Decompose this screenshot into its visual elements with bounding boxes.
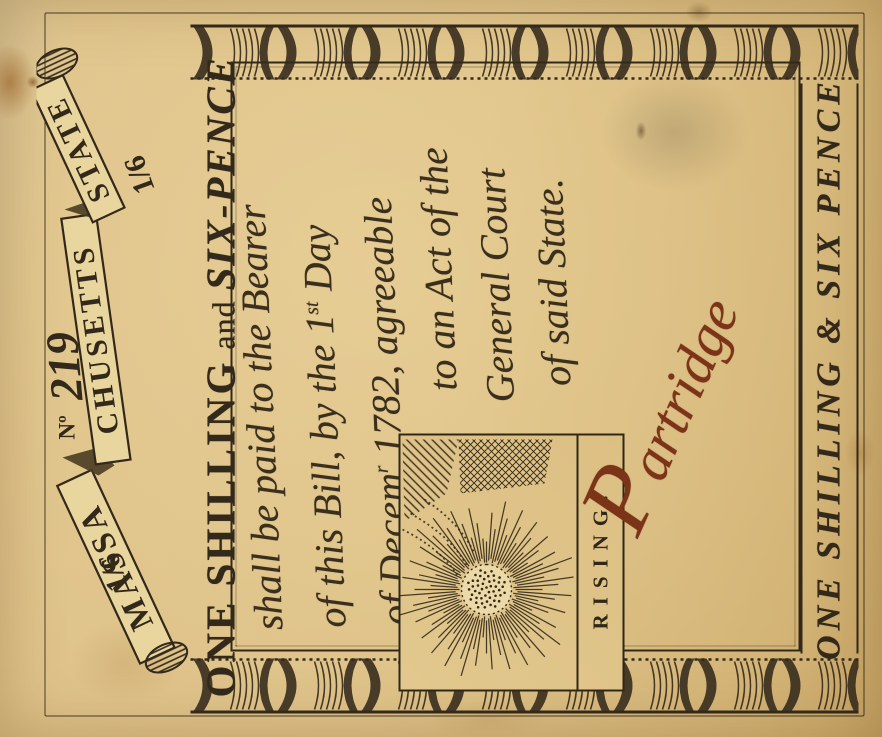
serial-number-label: Nº (54, 415, 79, 439)
promise-line-4: to an Act of the (400, 61, 471, 391)
serial-number: 219 (36, 329, 92, 403)
ribbon-segment-state: STATE (36, 75, 124, 222)
foliage-hatch (402, 439, 458, 521)
bill-upright: MASSA CHUSETTS STATE 1/6 1/6 Nº 219 (0, 0, 882, 737)
rising-sun-art (400, 437, 576, 689)
hill-crosshatch (458, 439, 552, 493)
promise-line-5: General Court (457, 59, 528, 403)
promise-line-3-tail: 1782, agreeable (355, 196, 411, 466)
promise-line-6: of said State. (514, 57, 585, 387)
currency-note-scan: MASSA CHUSETTS STATE 1/6 1/6 Nº 219 (0, 0, 882, 737)
bottom-denomination-strip: ONE SHILLING & SIX PENCE (800, 83, 858, 653)
promise-line-2: of this Bill, by the 1st Day (273, 66, 360, 628)
title-banner: MASSA CHUSETTS STATE 1/6 1/6 Nº 219 (36, 17, 204, 719)
denomination-fraction-right: 1/6 (117, 151, 161, 198)
superscript-st: st (300, 301, 323, 315)
superscript-r: r (371, 465, 393, 474)
promise-line-2-tail: Day (292, 223, 340, 301)
promise-line-2-text: of this Bill, by the 1 (296, 313, 354, 628)
